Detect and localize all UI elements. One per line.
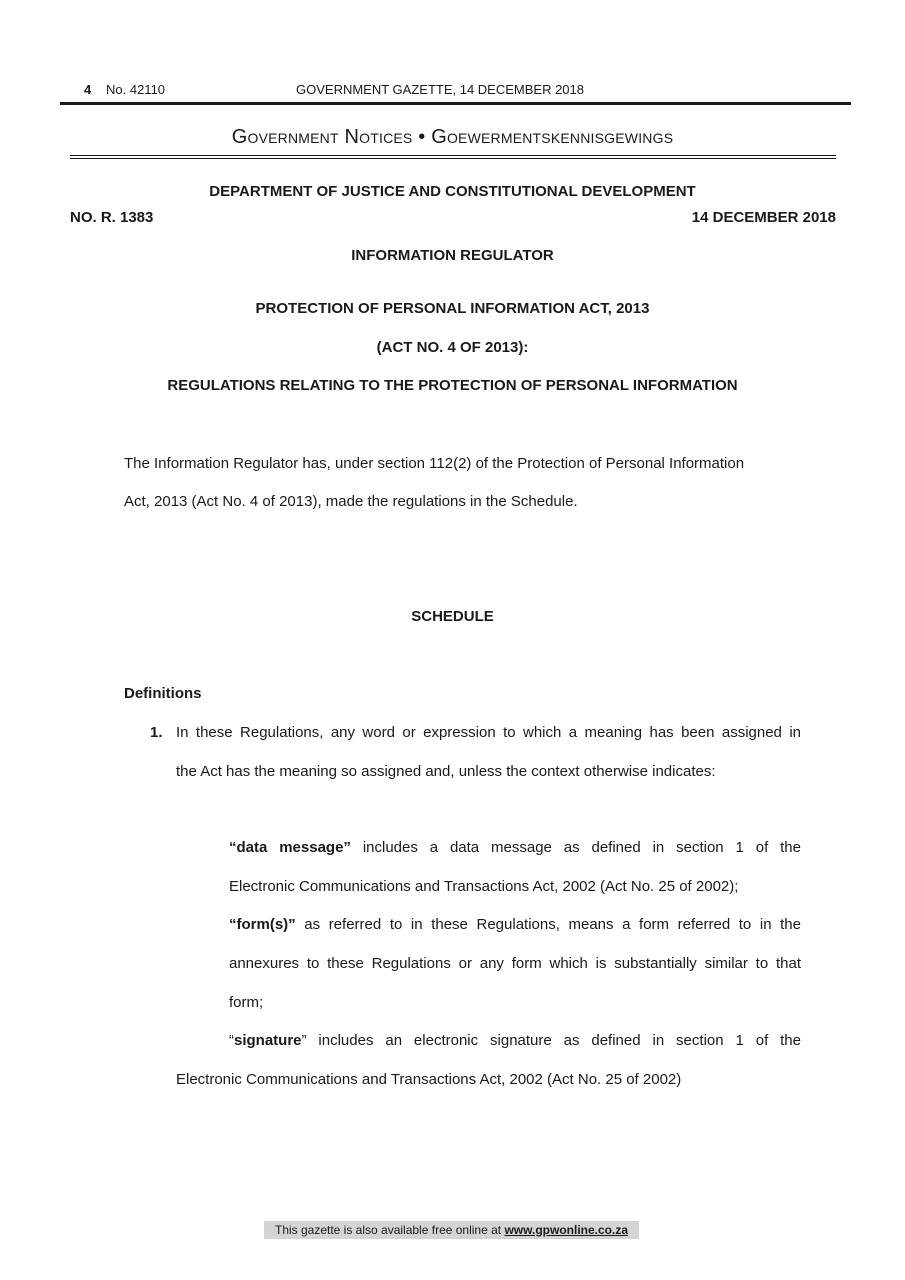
header-rule [60,102,851,105]
section-title-english: Government Notices [232,126,413,148]
issuer-heading: INFORMATION REGULATOR [0,247,905,264]
notice-number: NO. R. 1383 [70,209,153,226]
gpwonline-link[interactable]: www.gpwonline.co.za [504,1223,628,1237]
notice-date: 14 DECEMBER 2018 [692,209,836,226]
item-1-line-2: the Act has the meaning so assigned and,… [176,763,716,780]
section-title-separator: • [418,126,425,148]
department-heading: DEPARTMENT OF JUSTICE AND CONSTITUTIONAL… [0,183,905,200]
definition-term: “form(s)” [229,916,296,933]
definition-text: as referred to in these Regulations, mea… [296,916,801,933]
footer-text: This gazette is also available free onli… [275,1223,504,1237]
definition-data-message-line-2: Electronic Communications and Transactio… [229,878,801,895]
preamble-line-2: Act, 2013 (Act No. 4 of 2013), made the … [124,493,804,510]
definition-signature: “signature” includes an electronic signa… [229,1032,801,1049]
item-1-line-1: In these Regulations, any word or expres… [176,724,801,741]
preamble-line-1: The Information Regulator has, under sec… [124,455,804,472]
section-rule-top [70,155,836,156]
definitions-heading: Definitions [124,685,202,702]
definition-forms: “form(s)” as referred to in these Regula… [229,916,801,933]
schedule-heading: SCHEDULE [0,608,905,625]
definition-term: signature [234,1032,302,1049]
item-number: 1. [150,724,163,741]
act-number: (ACT NO. 4 OF 2013): [0,339,905,356]
definition-forms-line-2: annexures to these Regulations or any fo… [229,955,801,972]
definition-data-message: “data message” includes a data message a… [229,839,801,856]
gazette-number: No. 42110 [106,82,165,97]
section-title-afrikaans: Goewermentskennisgewings [431,126,673,148]
definition-text: includes a data message as defined in se… [351,839,801,856]
regulations-title: REGULATIONS RELATING TO THE PROTECTION O… [0,377,905,394]
definition-term: “data message” [229,839,351,856]
definition-forms-line-3: form; [229,994,801,1011]
footer-banner: This gazette is also available free onli… [264,1221,639,1239]
definition-text: includes an electronic signature as defi… [307,1032,801,1049]
section-title: Government Notices • Goewermentskennisge… [0,126,905,149]
section-rule-bottom [70,158,836,159]
definition-signature-line-2: Electronic Communications and Transactio… [176,1071,681,1088]
page-number: 4 [84,82,91,97]
gazette-title: GOVERNMENT GAZETTE, 14 DECEMBER 2018 [296,82,584,97]
act-title: PROTECTION OF PERSONAL INFORMATION ACT, … [0,300,905,317]
